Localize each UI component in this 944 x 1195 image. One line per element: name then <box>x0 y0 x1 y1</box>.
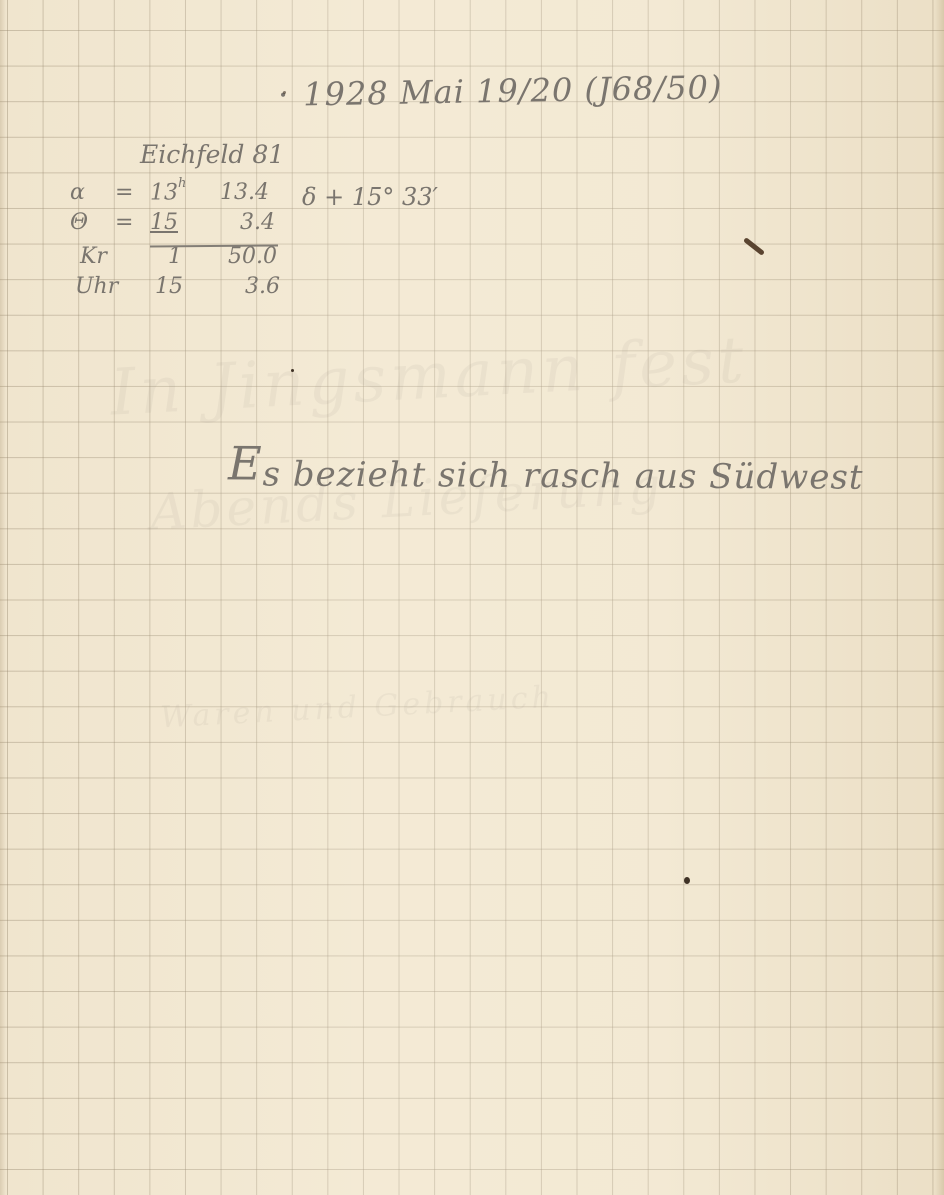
row-label: Kr <box>80 244 120 269</box>
weather-note: Es bezieht sich rasch aus Südwest <box>228 442 864 499</box>
ink-speck <box>283 91 286 94</box>
ink-speck <box>684 877 690 884</box>
bullet-dot: · <box>278 76 290 114</box>
minutes-value: 13.4 <box>220 180 269 205</box>
note-text: s bezieht sich rasch aus Südwest <box>262 455 863 498</box>
minutes-value: 50.0 <box>228 244 277 269</box>
ink-speck <box>291 369 294 372</box>
calculation-title: Eichfeld 81 <box>140 140 284 169</box>
hours-value: 13h <box>150 180 186 205</box>
equals-sign: = <box>115 210 133 235</box>
hours-unit: h <box>178 176 186 191</box>
row-label: Uhr <box>75 274 115 299</box>
notebook-page: In Jingsmann fest Abends Lieferung Waren… <box>0 0 944 1195</box>
hours-number: 13 <box>150 180 178 205</box>
bleed-through-text: In Jingsmann fest <box>109 323 750 430</box>
hours-value: 1 <box>168 244 182 269</box>
row-label: Θ <box>70 210 110 235</box>
page-date-heading: ·1928 Mai 19/20 (J68/50) <box>278 68 723 114</box>
equals-sign: = <box>115 180 133 205</box>
minutes-value: 3.4 <box>240 210 275 235</box>
pencil-mark <box>743 237 765 256</box>
heading-text: 1928 Mai 19/20 (J68/50) <box>303 68 723 113</box>
declination-note: δ + 15° 33′ <box>302 183 438 211</box>
minutes-value: 3.6 <box>245 274 280 299</box>
page-left-edge-shadow <box>0 0 6 1195</box>
hours-value: 15 <box>150 210 178 235</box>
row-label: α <box>70 180 110 205</box>
bleed-through-text: Waren und Gebrauch <box>159 680 555 736</box>
page-right-edge-shadow <box>935 0 944 1195</box>
hours-value: 15 <box>155 274 183 299</box>
note-capital: E <box>228 436 263 490</box>
